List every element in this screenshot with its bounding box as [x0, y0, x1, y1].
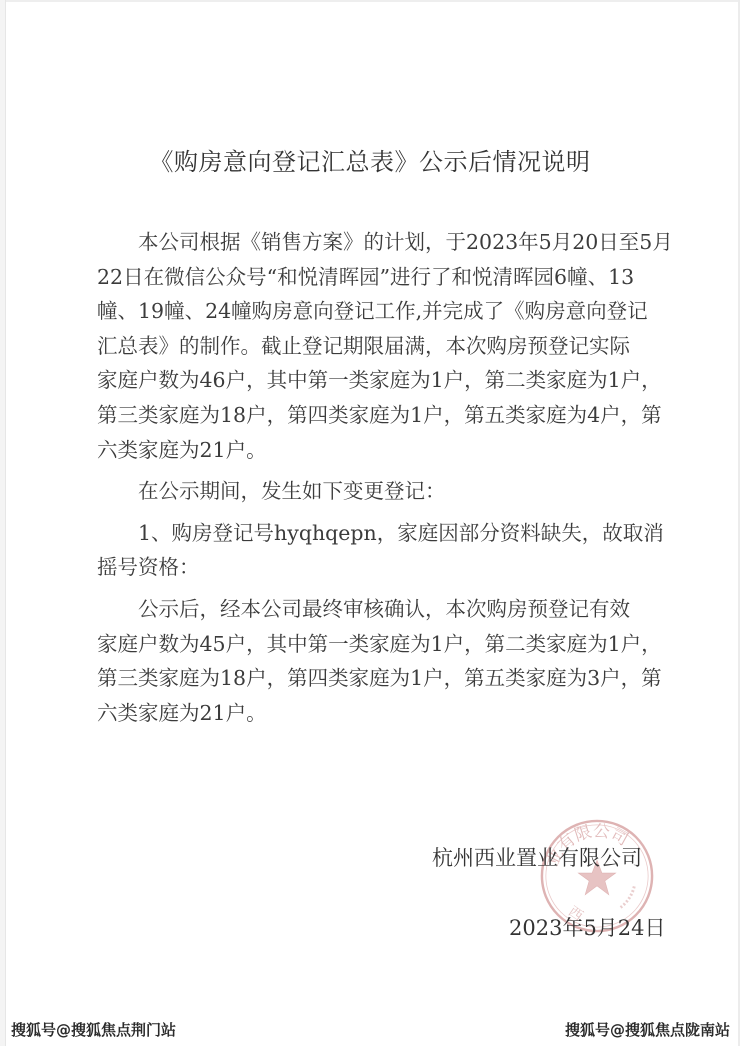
text-line: 第三类家庭为18户，第四类家庭为1户，第五类家庭为4户，第 [97, 398, 657, 433]
paragraph-change-item-1: 1、购房登记号hyqhqepn，家庭因部分资料缺失，故取消 摇号资格： [97, 516, 657, 585]
text-line: 幢、19幢、24幢购房意向登记工作,并完成了《购房意向登记 [97, 294, 657, 329]
paragraph-change-intro: 在公示期间，发生如下变更登记： [97, 474, 657, 509]
text-line: 六类家庭为21户。 [97, 696, 657, 731]
text-line: 家庭户数为45户，其中第一类家庭为1户，第二类家庭为1户， [97, 627, 657, 662]
page-edge-top [0, 0, 740, 2]
watermark-right: 搜狐号@搜狐焦点陇南站 [565, 1019, 730, 1040]
text-line: 汇总表》的制作。截止登记期限届满，本次购房预登记实际 [97, 329, 657, 364]
paragraph-final-result: 公示后，经本公司最终审核确认，本次购房预登记有效 家庭户数为45户，其中第一类家… [97, 592, 657, 730]
text-line: 六类家庭为21户。 [97, 433, 657, 468]
document-date: 2023年5月24日 [509, 912, 666, 942]
text-line: 本公司根据《销售方案》的计划，于2023年5月20日至5月 [97, 225, 657, 260]
text-line: 1、购房登记号hyqhqepn，家庭因部分资料缺失，故取消 [97, 516, 657, 551]
text-line: 在公示期间，发生如下变更登记： [97, 474, 657, 509]
document-body: 本公司根据《销售方案》的计划，于2023年5月20日至5月 22日在微信公众号“… [97, 225, 657, 730]
paragraph-gap [97, 509, 657, 516]
document-title: 《购房意向登记汇总表》公示后情况说明 [0, 142, 740, 177]
company-signature: 杭州西业置业有限公司 [432, 842, 642, 872]
text-line: 家庭户数为46户，其中第一类家庭为1户，第二类家庭为1户， [97, 363, 657, 398]
paragraph-gap [97, 585, 657, 592]
text-line: 第三类家庭为18户，第四类家庭为1户，第五类家庭为3户，第 [97, 661, 657, 696]
text-line: 22日在微信公众号“和悦清晖园”进行了和悦清晖园6幢、13 [97, 260, 657, 295]
text-line: 摇号资格： [97, 550, 657, 585]
paragraph-registration-summary: 本公司根据《销售方案》的计划，于2023年5月20日至5月 22日在微信公众号“… [97, 225, 657, 467]
paragraph-gap [97, 467, 657, 474]
text-line: 公示后，经本公司最终审核确认，本次购房预登记有效 [97, 592, 657, 627]
watermark-left: 搜狐号@搜狐焦点荆门站 [11, 1019, 176, 1040]
